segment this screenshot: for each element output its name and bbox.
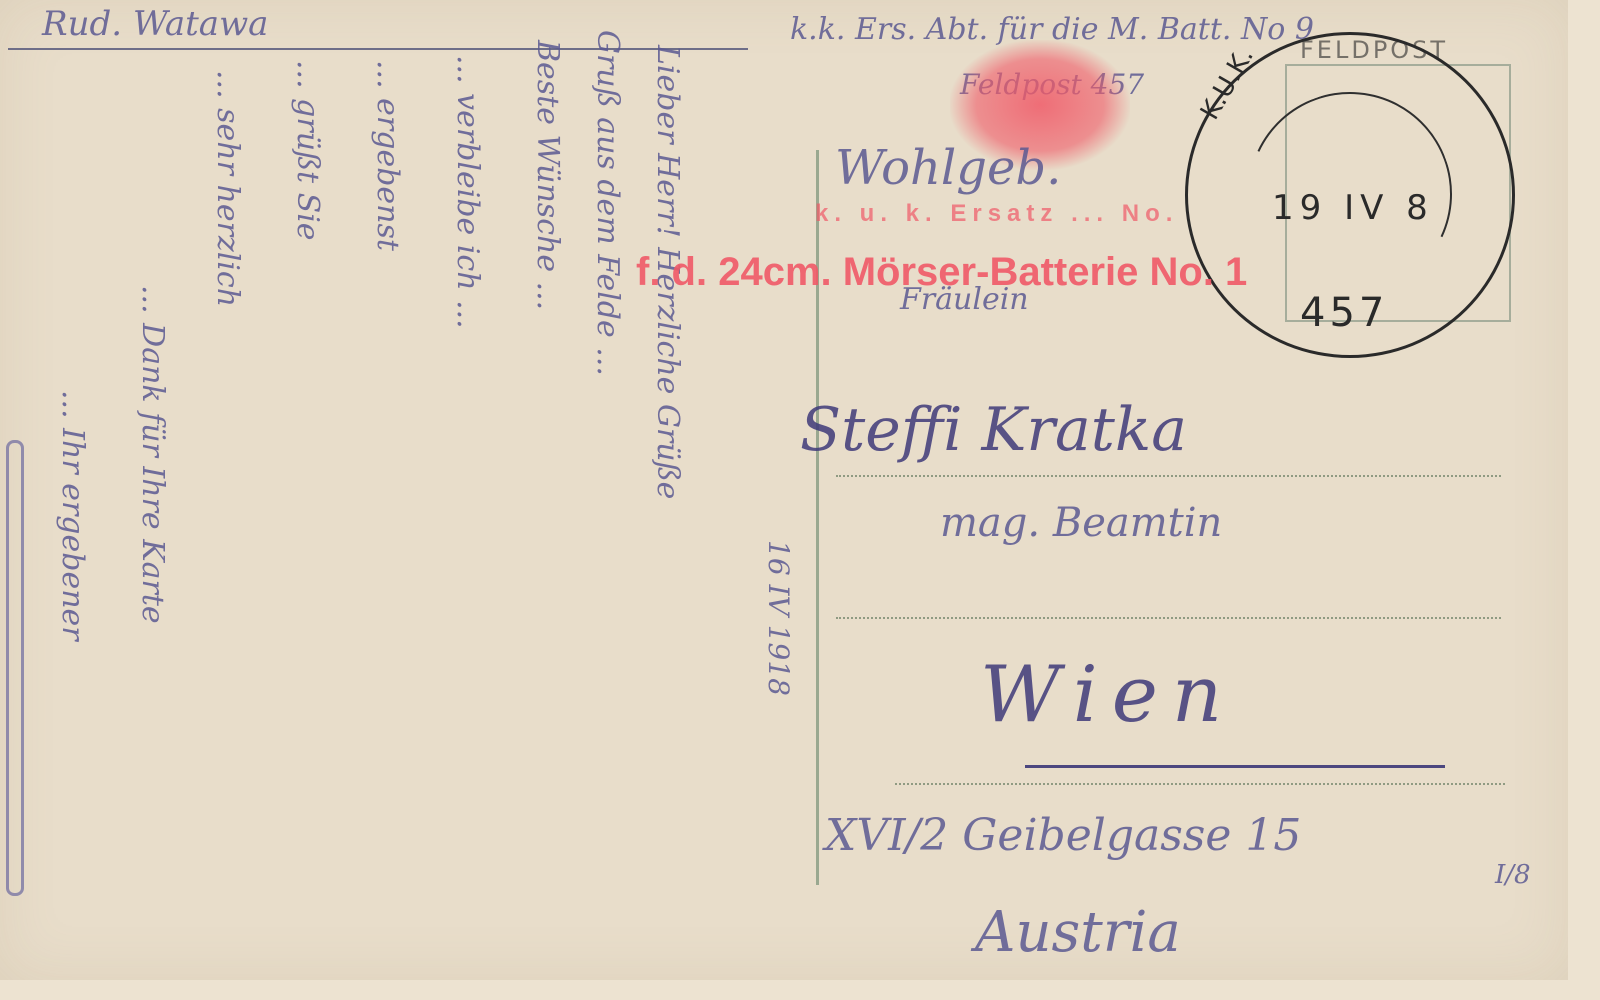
- postmark-number: 457: [1300, 290, 1388, 336]
- message-column: Gruß aus dem Felde ...: [590, 30, 625, 930]
- message-column: Beste Wünsche ...: [530, 40, 565, 960]
- address-name: Steffi Kratka: [800, 395, 1187, 465]
- postcard-back: Rud. Watawa Lieber Herr! Herzliche Grüße…: [0, 0, 1568, 980]
- address-title-line: Fräulein: [900, 282, 1029, 317]
- address-rule-3: [895, 783, 1505, 785]
- address-country: Austria: [975, 900, 1181, 965]
- message-column: ... Dank für Ihre Karte: [135, 285, 170, 605]
- city-underline: [1025, 765, 1445, 768]
- message-column: ... grüßt Sie: [290, 60, 325, 940]
- address-door: I/8: [1495, 860, 1531, 890]
- address-street: XVI/2 Geibelgasse 15: [825, 810, 1301, 861]
- address-occupation: mag. Beamtin: [940, 500, 1222, 546]
- date-written: 16 IV 1918: [762, 540, 795, 840]
- message-column: ... sehr herzlich: [210, 70, 245, 950]
- address-city: Wien: [980, 650, 1236, 740]
- message-column: Lieber Herr! Herzliche Grüße: [650, 45, 685, 765]
- address-rule-2: [836, 617, 1501, 619]
- sender-line: Rud. Watawa: [42, 4, 268, 44]
- unit-stamp-line1: k. u. k. Ersatz ... No.: [815, 200, 1178, 228]
- address-rule-1: [836, 475, 1501, 477]
- sender-rule: [8, 48, 748, 50]
- message-column: ... verbleibe ich ...: [450, 55, 485, 935]
- message-column: ... ergebenst: [370, 60, 405, 900]
- margin-bracket: [6, 440, 24, 896]
- message-column: ... Ihr ergebener: [55, 390, 90, 910]
- postmark-date: 19 IV 8: [1272, 188, 1434, 228]
- address-salutation: Wohlgeb.: [835, 140, 1061, 196]
- postmark-top-text: FELDPOST: [1300, 36, 1448, 64]
